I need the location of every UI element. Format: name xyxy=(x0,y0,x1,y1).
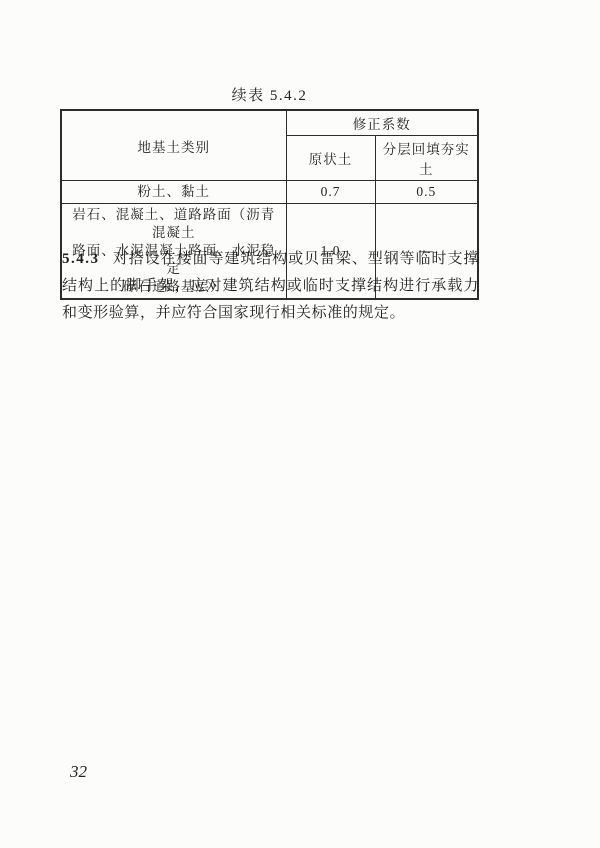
header-cell-category: 地基土类别 xyxy=(61,110,286,181)
cell-original-value: 0.7 xyxy=(286,181,375,204)
clause-number: 5.4.3 xyxy=(62,251,100,267)
header-cell-correction-group: 修正系数 xyxy=(286,110,478,136)
table-row: 粉土、黏土 0.7 0.5 xyxy=(61,181,478,204)
header-cell-original-soil: 原状土 xyxy=(286,136,375,181)
cell-backfill-value: 0.5 xyxy=(375,181,478,204)
clause-text: 对搭设在楼面等建筑结构或贝雷梁、型钢等临时支撑结构上的脚手架，应对建筑结构或临时… xyxy=(62,251,479,321)
table-header-row-1: 地基土类别 修正系数 xyxy=(61,110,478,136)
page-number: 32 xyxy=(70,762,87,782)
clause-5-4-3: 5.4.3对搭设在楼面等建筑结构或贝雷梁、型钢等临时支撑结构上的脚手架，应对建筑… xyxy=(62,246,479,327)
document-page: 续表 5.4.2 地基土类别 修正系数 原状土 分层回填夯实土 粉土、黏土 0.… xyxy=(0,0,600,848)
header-cell-backfill-soil: 分层回填夯实土 xyxy=(375,136,478,181)
table-caption: 续表 5.4.2 xyxy=(62,84,477,105)
cell-category: 粉土、黏土 xyxy=(61,181,286,204)
